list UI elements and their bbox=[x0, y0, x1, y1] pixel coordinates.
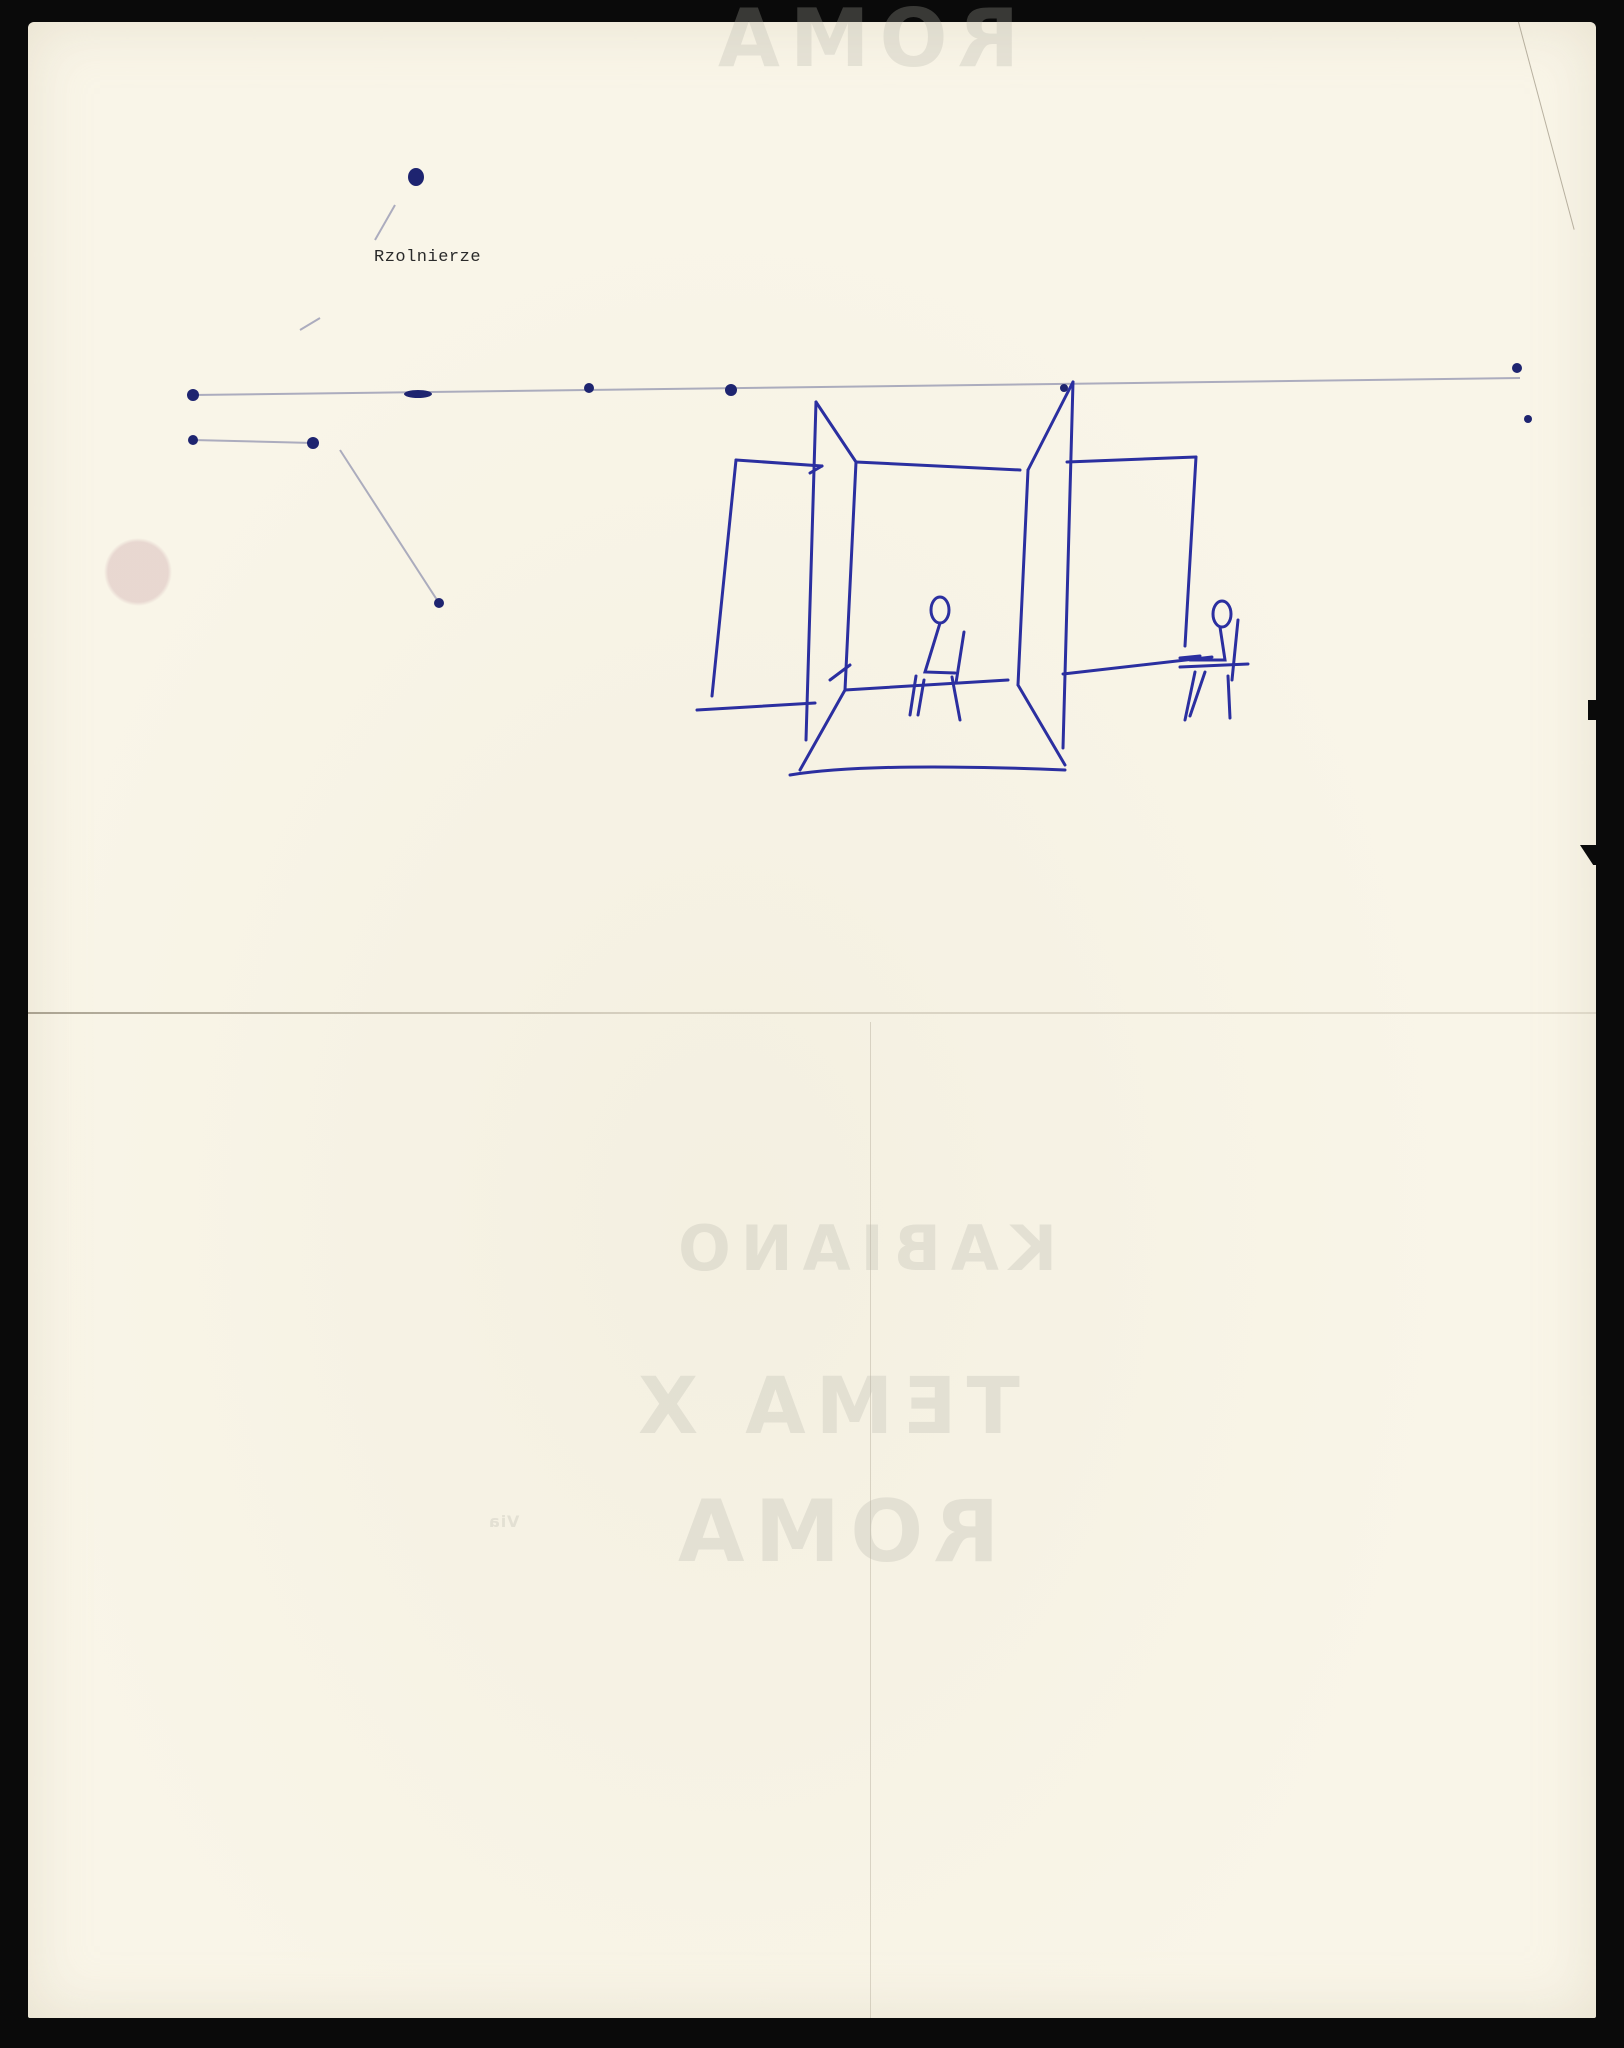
corner-crease bbox=[1518, 22, 1575, 230]
bleed-through-text-line2: TEMA X bbox=[628, 1362, 1020, 1452]
bleed-through-text-top: ROMA bbox=[708, 0, 1019, 85]
bleed-through-text-line1: KABIANO bbox=[668, 1212, 1057, 1285]
typed-heading: Rzolnierze bbox=[374, 248, 481, 267]
bleed-through-text-line3: ROMA bbox=[668, 1482, 999, 1582]
horizontal-fold-crease bbox=[28, 1012, 1596, 1014]
edge-tear bbox=[1588, 700, 1624, 720]
paper-sheet: ROMA KABIANO TEMA X ROMA Via Rzolnierze bbox=[28, 22, 1596, 2018]
bleed-through-text-small: Via bbox=[488, 1512, 519, 1531]
